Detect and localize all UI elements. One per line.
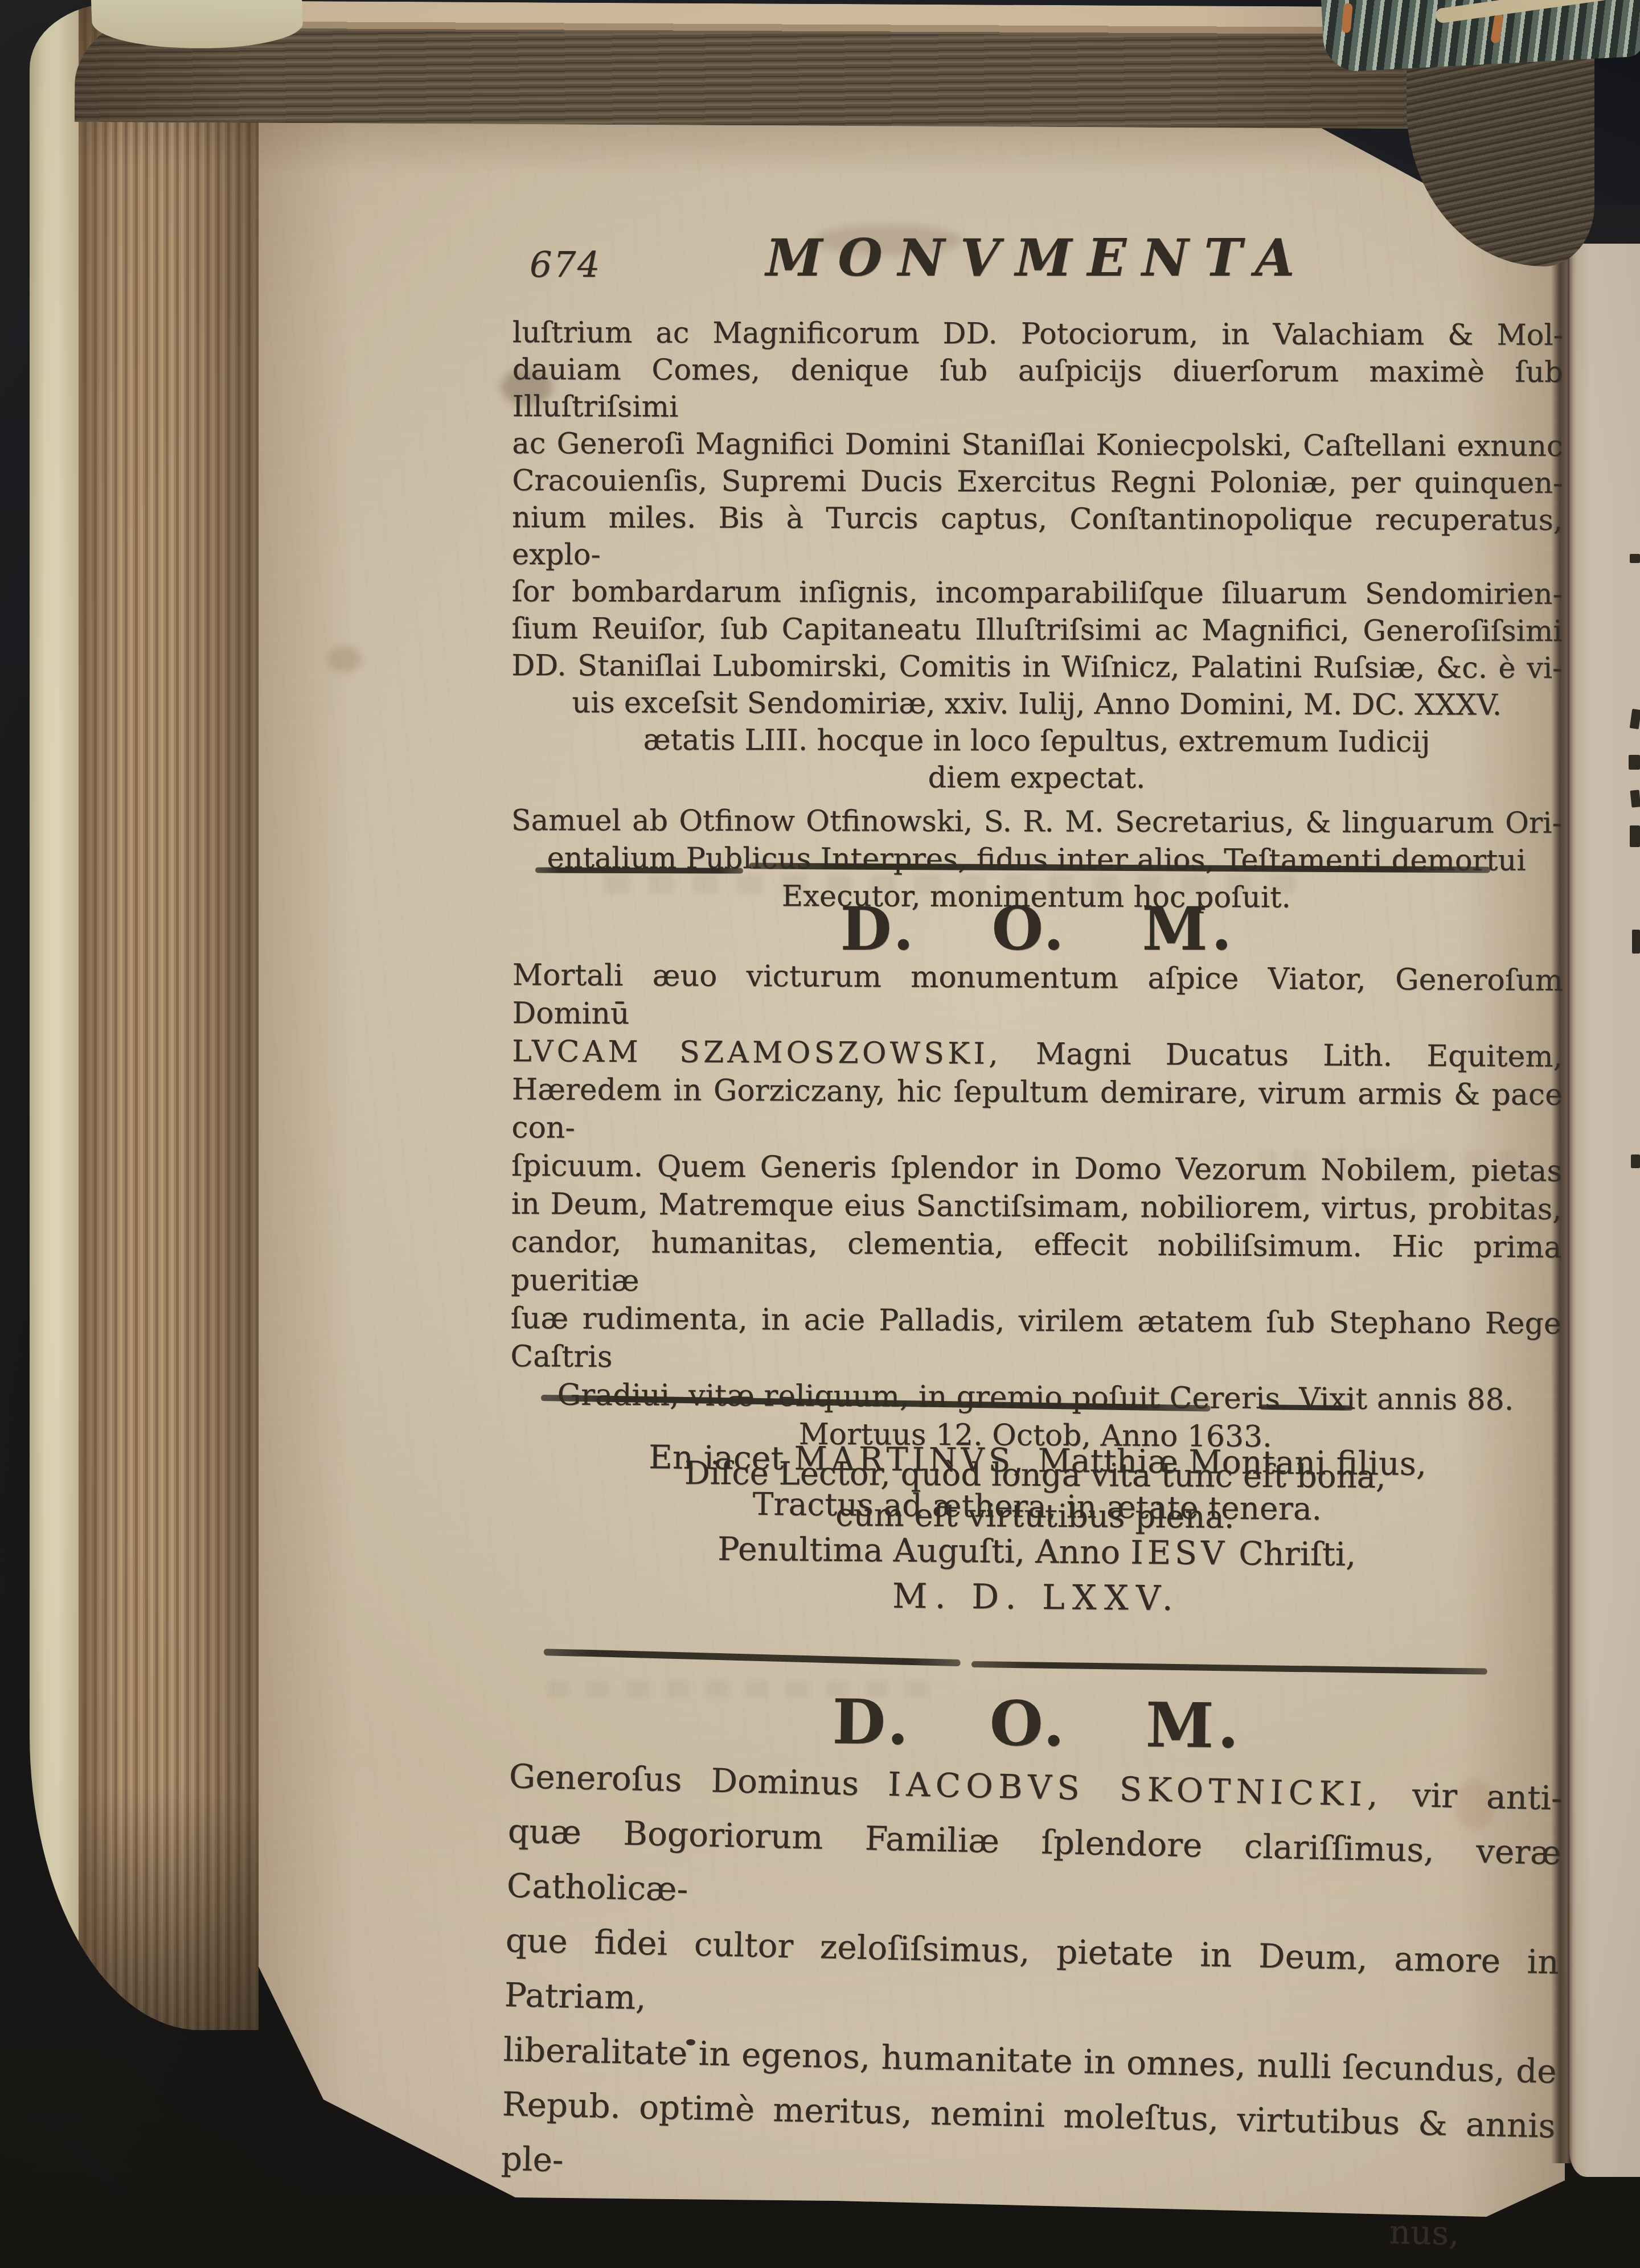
person-name: MARTINVS, xyxy=(794,1440,1027,1480)
date-roman-numerals: M. D. LXXV. xyxy=(511,1570,1562,1625)
text-line: candor, humanitas, clementia, effecit no… xyxy=(511,1223,1562,1305)
text-line: uis exceſsit Sendomiriæ, xxiv. Iulij, An… xyxy=(511,684,1562,724)
text-line: quæ Bogoriorum Familiæ ſplendore clariſſ… xyxy=(506,1803,1562,1935)
text-line: Repub. optimè meritus, nemini moleſtus, … xyxy=(501,2077,1556,2208)
text-segment: En iacet xyxy=(649,1439,794,1477)
epitaph-skotnicki: Generoſus Dominus IACOBVS SKOTNICKI, vir… xyxy=(499,1749,1563,2263)
heading-dom: D. O. M. xyxy=(512,894,1563,964)
text-line: ſpicuum. Quem Generis ſplendor in Domo V… xyxy=(511,1147,1562,1191)
text-line: que fidei cultor zeloſiſsimus, pietate i… xyxy=(504,1913,1560,2044)
text-segment: vir anti- xyxy=(1383,1775,1563,1818)
text-segment: Chriſti, xyxy=(1228,1535,1356,1573)
person-name: IACOBVS SKOTNICKI, xyxy=(888,1765,1384,1814)
text-line: Cracouienſis, Supremi Ducis Exercitus Re… xyxy=(512,462,1563,502)
text-line: luſtrium ac Magnificorum DD. Potociorum,… xyxy=(512,314,1563,354)
text-line: ac Generoſi Magnifici Domini Staniſlai K… xyxy=(512,425,1563,465)
running-title: MONVMENTA xyxy=(512,228,1563,288)
text-line: Mortali æuo victurum monumentum aſpice V… xyxy=(512,956,1563,1038)
text-segment: Penultima Auguſti, Anno xyxy=(717,1530,1131,1571)
text-segment: Generoſus Dominus xyxy=(509,1757,888,1803)
text-line: entalium Publicus Interpres, fidus inter… xyxy=(511,840,1561,880)
text-line: diem expectat. xyxy=(511,758,1562,798)
person-name: LVCAM SZAMOSZOWSKI, xyxy=(512,1034,1002,1071)
text-line: Samuel ab Otfinow Otfinowski, S. R. M. S… xyxy=(511,802,1562,843)
page-text-layer: 674 MONVMENTA luſtrium ac Magnificorum D… xyxy=(0,0,1640,2268)
text-line: Gradiui, vitæ reliquum, in gremio poſuit… xyxy=(510,1376,1561,1420)
text-line: Hæredem in Gorziczany, hic ſepultum demi… xyxy=(511,1071,1563,1153)
text-line: LVCAM SZAMOSZOWSKI, Magni Ducatus Lith. … xyxy=(512,1033,1563,1077)
text-line: dauiam Comes, denique ſub auſpicijs diue… xyxy=(512,351,1563,428)
text-line: En iacet MARTINVS, Matthiæ Montani filiu… xyxy=(512,1433,1563,1488)
epitaph-lubomirski: luſtrium ac Magnificorum DD. Potociorum,… xyxy=(511,314,1563,918)
text-line: ſor bombardarum inſignis, incomparabiliſ… xyxy=(512,573,1563,613)
text-line: in Deum, Matremque eius Sanctiſsimam, no… xyxy=(511,1185,1562,1229)
text-line: ſuæ rudimenta, in acie Palladis, virilem… xyxy=(510,1300,1561,1382)
book-page-scan: 674 MONVMENTA luſtrium ac Magnificorum D… xyxy=(0,0,1640,2268)
epitaph-montanus: En iacet MARTINVS, Matthiæ Montani filiu… xyxy=(511,1433,1563,1625)
text-line: ſium Reuiſor, ſub Capitaneatu Illuſtriſs… xyxy=(511,610,1562,650)
text-segment: Matthiæ Montani filius, xyxy=(1027,1442,1426,1483)
holy-name: IESV xyxy=(1130,1534,1228,1572)
text-line: DD. Staniſlai Lubomirski, Comitis in Wiſ… xyxy=(511,647,1562,687)
text-line: nium miles. Bis à Turcis captus, Conſtan… xyxy=(512,499,1563,576)
text-line: ætatis LIII. hocque in loco ſepultus, ex… xyxy=(511,721,1562,761)
text-segment: Magni Ducatus Lith. Equitem, xyxy=(1002,1037,1563,1074)
